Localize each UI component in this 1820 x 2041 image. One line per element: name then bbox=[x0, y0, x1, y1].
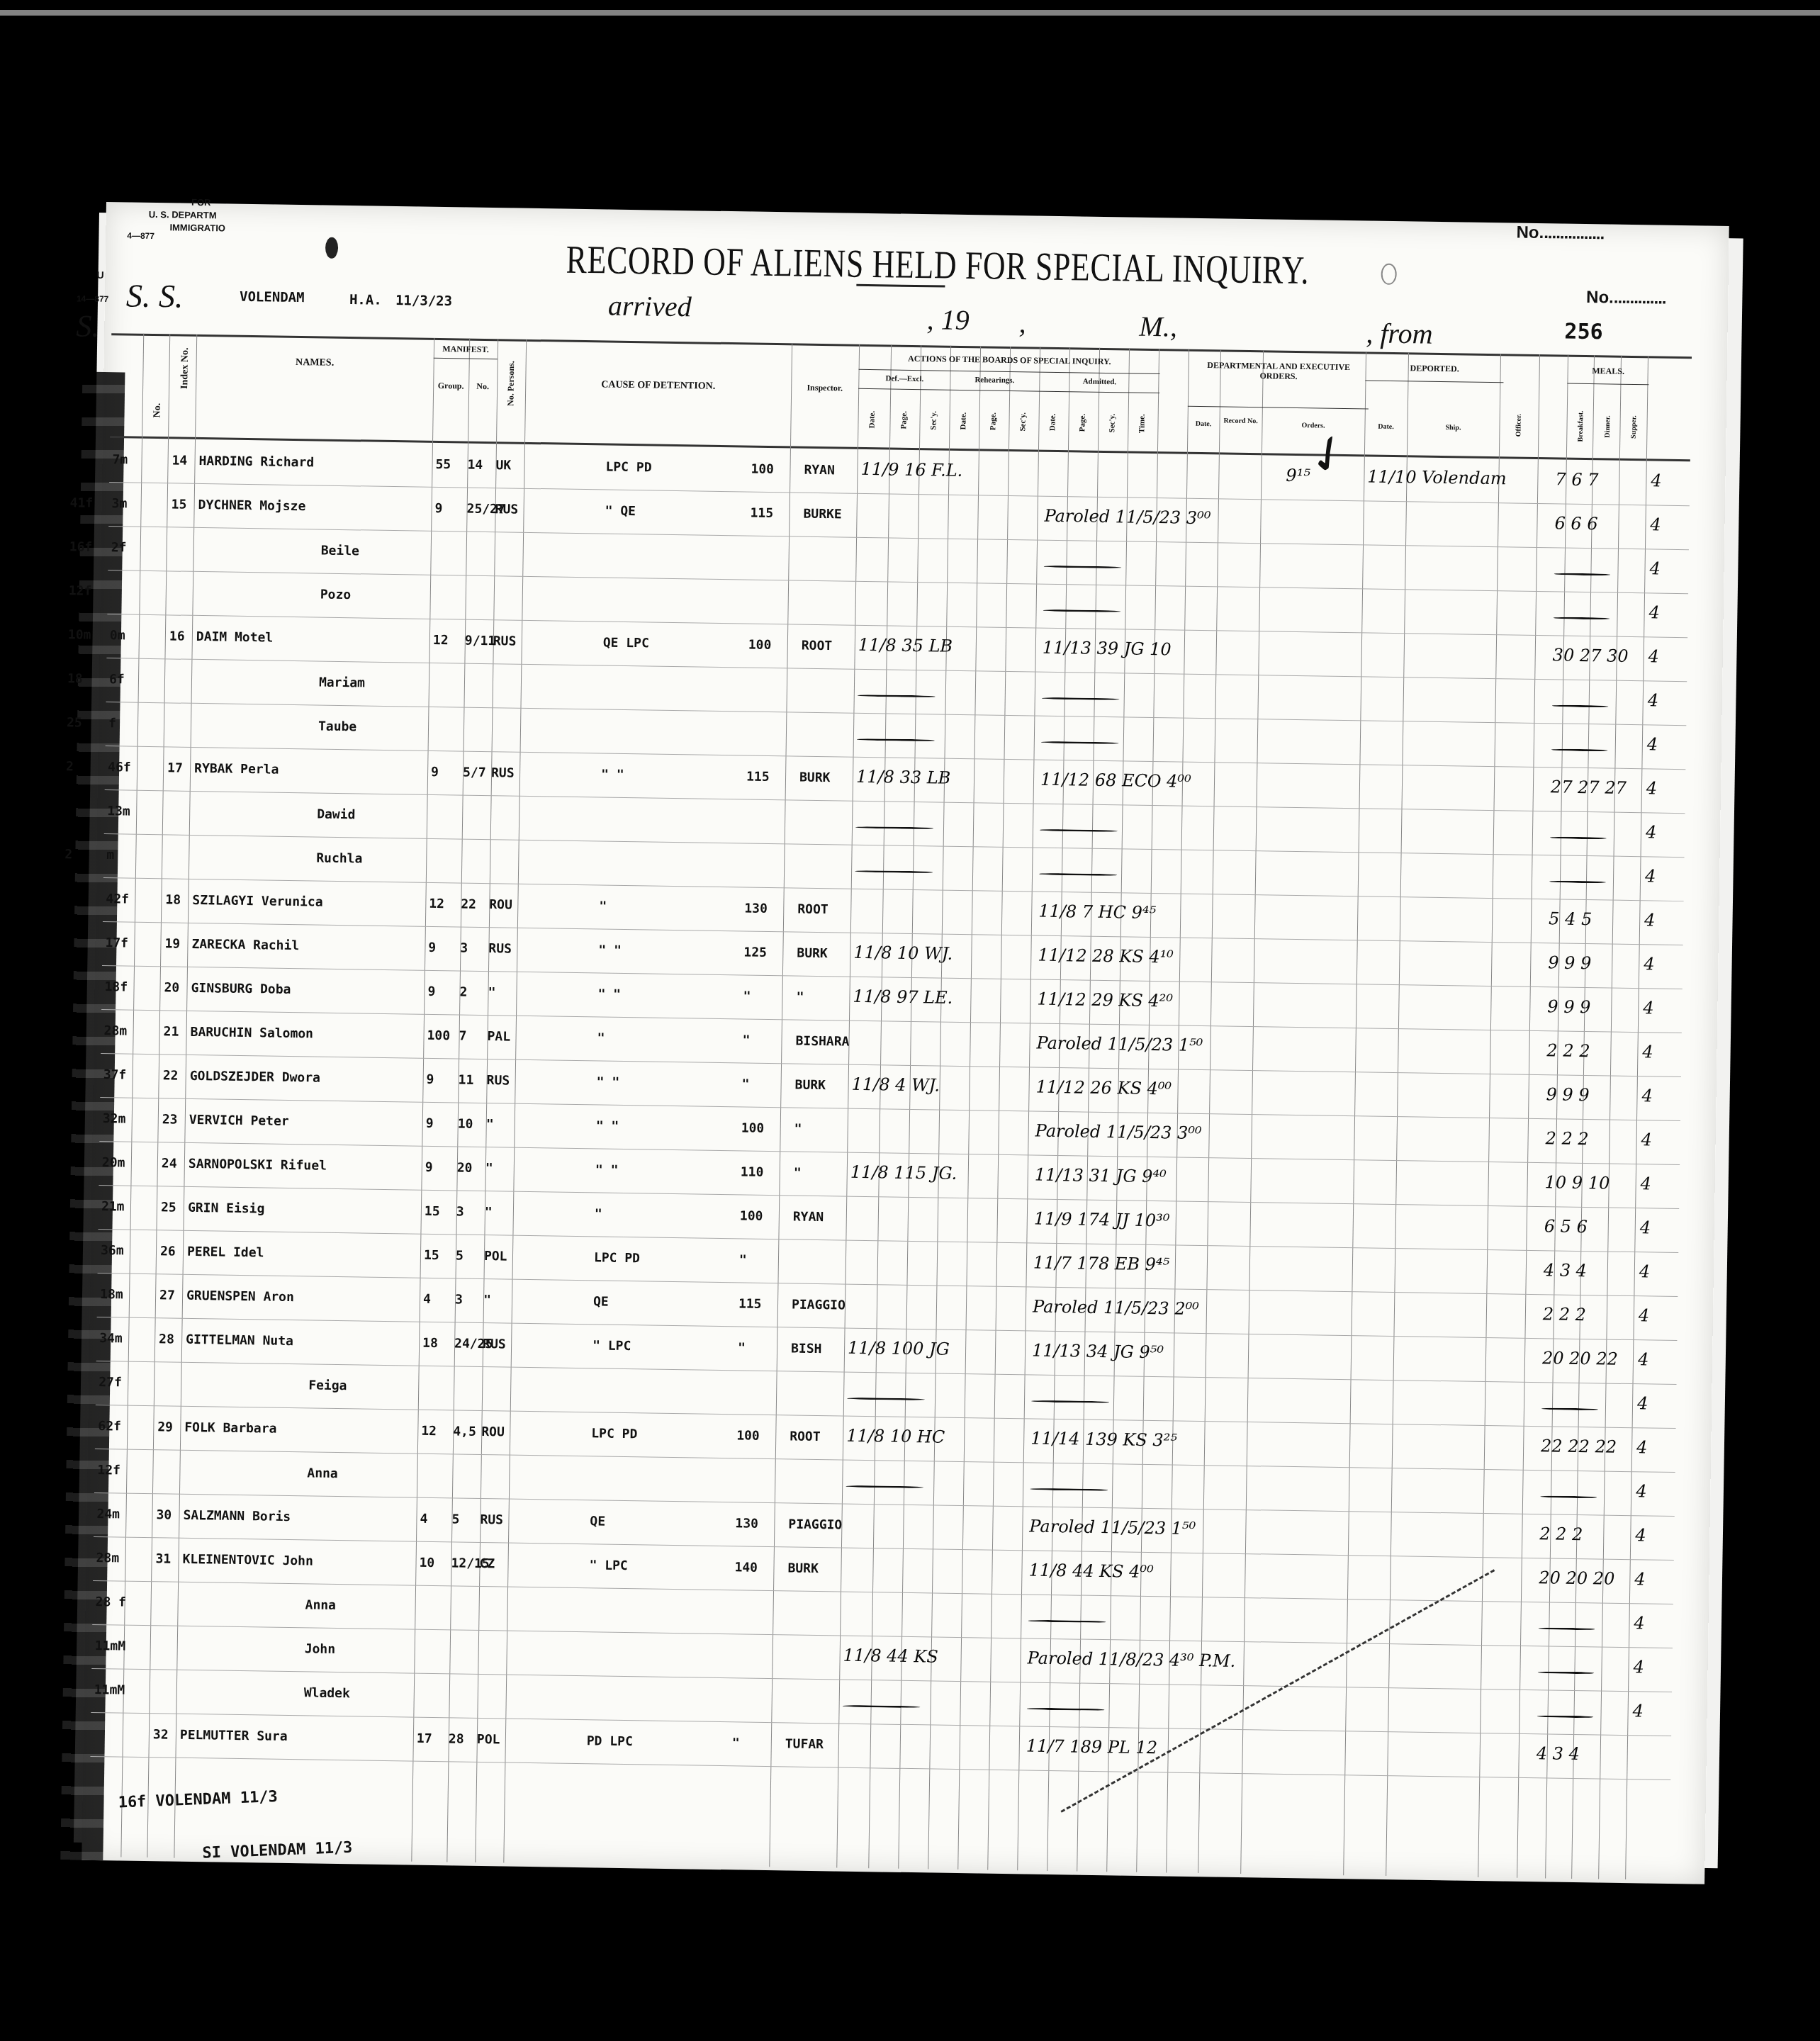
cell-supper: 4 bbox=[1651, 471, 1662, 490]
cell-def-excl: 11/8 100 JG bbox=[848, 1338, 950, 1359]
cell-name: FOLK Barbara bbox=[184, 1420, 276, 1436]
cell-group: 4 bbox=[420, 1512, 427, 1526]
header-page: Page. bbox=[1078, 405, 1087, 440]
header-secy: Sec'y. bbox=[929, 403, 938, 438]
cell-age: 24m bbox=[96, 1507, 120, 1522]
ditto-dash-admitted bbox=[1043, 566, 1121, 569]
cell-index: 17 bbox=[167, 760, 183, 775]
cell-inspector: " bbox=[796, 990, 804, 1005]
cell-group: 18 bbox=[422, 1336, 438, 1351]
cell-name: PELMUTTER Sura bbox=[180, 1728, 288, 1744]
cell-age: 13m bbox=[107, 804, 130, 819]
cell-nat: ROU bbox=[489, 897, 512, 912]
cell-cause: " " bbox=[598, 943, 622, 957]
form-number: 4—877 bbox=[127, 230, 155, 241]
header-page: Page. bbox=[989, 404, 998, 439]
cell-age: 7m bbox=[112, 452, 128, 467]
cell-group: 15 bbox=[425, 1204, 440, 1219]
cell-insp-no: " bbox=[742, 1033, 750, 1047]
cell-name: HARDING Richard bbox=[198, 454, 314, 470]
cell-supper: 4 bbox=[1639, 1261, 1651, 1281]
cell-index: 16 bbox=[169, 629, 185, 643]
cell-index: 24 bbox=[162, 1156, 177, 1171]
cell-supper: 4 bbox=[1648, 646, 1660, 666]
cell-index: 28 bbox=[159, 1332, 174, 1346]
cell-nat: " bbox=[485, 1205, 493, 1220]
cell-age: 20m bbox=[102, 1155, 125, 1170]
header-dinner: Dinner. bbox=[1604, 405, 1612, 448]
cell-admitted: Paroled 11/5/23 2⁰⁰ bbox=[1033, 1297, 1199, 1319]
cell-name: Ruchla bbox=[316, 850, 362, 866]
cell-group: 15 bbox=[424, 1248, 439, 1263]
cell-margin: 2 bbox=[66, 759, 74, 774]
cell-nat: RUS bbox=[487, 1073, 510, 1088]
cell-inspector: PIAGGIO bbox=[788, 1517, 842, 1532]
cell-name: GOLDSZEJDER Dwora bbox=[190, 1069, 321, 1086]
no-label-text: No. bbox=[1516, 223, 1544, 243]
cell-cause: QE bbox=[590, 1514, 605, 1529]
ha-label: H.A. bbox=[349, 292, 382, 308]
header-names: NAMES. bbox=[196, 356, 434, 371]
cell-no: 3 bbox=[456, 1204, 464, 1219]
ditto-dash-admitted bbox=[1028, 1620, 1106, 1624]
margin-letter: U bbox=[96, 269, 103, 281]
cell-name: Pozo bbox=[320, 587, 352, 603]
cell-deported: 11/10 Volendam bbox=[1367, 466, 1507, 488]
header-time: Time. bbox=[1137, 406, 1147, 442]
form-mark-line: IMMIGRATIO bbox=[148, 221, 225, 235]
cell-name: Beile bbox=[321, 544, 359, 559]
cell-nat: " bbox=[485, 1161, 493, 1176]
ditto-dash-meals bbox=[1540, 1495, 1597, 1498]
cell-nat: RUS bbox=[483, 1337, 506, 1351]
ditto-dash-admitted bbox=[1041, 741, 1119, 745]
header-supper: Supper. bbox=[1630, 405, 1639, 448]
cell-supper: 4 bbox=[1646, 778, 1658, 798]
cell-admitted: 11/14 139 KS 3²⁵ bbox=[1030, 1429, 1177, 1451]
cell-inspector: ROOT bbox=[797, 902, 828, 918]
ditto-dash-admitted bbox=[1042, 697, 1120, 701]
cell-age: 0m bbox=[110, 628, 125, 643]
cell-index: 14 bbox=[172, 453, 187, 468]
ditto-dash-admitted bbox=[1030, 1488, 1108, 1492]
cell-inspector: BURK bbox=[794, 1078, 826, 1093]
cell-insp-no: " bbox=[739, 1252, 747, 1267]
cell-name: GITTELMAN Nuta bbox=[186, 1332, 293, 1349]
ditto-dash-admitted bbox=[1027, 1707, 1105, 1711]
cell-age: 37f bbox=[103, 1067, 127, 1082]
cell-group: 10 bbox=[419, 1556, 434, 1570]
ditto-dash-admitted bbox=[1031, 1400, 1109, 1404]
cell-index: 23 bbox=[162, 1112, 178, 1127]
cell-meals: 4 3 4 bbox=[1537, 1743, 1580, 1764]
cell-def-excl: 11/9 16 F.L. bbox=[860, 459, 962, 480]
cell-name: Anna bbox=[305, 1597, 337, 1613]
header-actions: ACTIONS OF THE BOARDS OF SPECIAL INQUIRY… bbox=[859, 353, 1160, 368]
record-sheet: FOR U. S. DEPARTM IMMIGRATIO 4—877 14—87… bbox=[82, 202, 1729, 1884]
cell-index: 20 bbox=[164, 980, 179, 995]
cell-no: 3 bbox=[455, 1292, 463, 1307]
cell-inspector: PIAGGIO bbox=[792, 1298, 846, 1313]
cell-def-excl: 11/8 4 WJ. bbox=[851, 1074, 940, 1096]
cell-supper: 4 bbox=[1632, 1701, 1644, 1721]
cell-cause: " LPC bbox=[592, 1338, 631, 1354]
ditto-dash-def_excl bbox=[858, 695, 936, 698]
ditto-dash-admitted bbox=[1040, 829, 1118, 833]
cell-supper: 4 bbox=[1645, 866, 1656, 886]
cell-insp-no: 100 bbox=[740, 1208, 763, 1223]
cell-age: m bbox=[106, 848, 114, 862]
cell-insp-no: " bbox=[732, 1736, 740, 1750]
cell-meals: 4 3 4 bbox=[1544, 1260, 1587, 1281]
cell-supper: 4 bbox=[1634, 1613, 1645, 1633]
cell-nat: RUS bbox=[493, 634, 517, 648]
cell-group: 9 bbox=[431, 765, 439, 780]
header-dep-date: Date. bbox=[1364, 422, 1407, 431]
ditto-dash-def_excl bbox=[847, 1398, 925, 1401]
header-admitted: Admitted. bbox=[1039, 377, 1159, 388]
cell-age: 21m bbox=[101, 1199, 125, 1214]
cell-index: 21 bbox=[163, 1024, 179, 1039]
cell-group: 12 bbox=[421, 1424, 437, 1439]
comma: , bbox=[1018, 306, 1026, 339]
cell-no: 5 bbox=[451, 1512, 459, 1526]
cell-nat: UK bbox=[495, 458, 511, 473]
cell-cause: " " bbox=[596, 1118, 619, 1133]
cell-name: PEREL Idel bbox=[187, 1244, 264, 1261]
cell-name: DYCHNER Mojsze bbox=[198, 497, 306, 514]
header-inspector: Inspector. bbox=[791, 382, 858, 393]
cell-index: 25 bbox=[161, 1200, 176, 1215]
dept-rule bbox=[1188, 406, 1369, 410]
cell-cause: " LPC bbox=[589, 1558, 627, 1573]
cell-name: Anna bbox=[307, 1466, 338, 1481]
cell-supper: 4 bbox=[1643, 998, 1654, 1018]
cell-insp-no: " bbox=[743, 989, 751, 1003]
inquiry-table: No. Index No. NAMES. MANIFEST. Group. No… bbox=[89, 333, 1692, 1880]
cell-supper: 4 bbox=[1641, 1130, 1652, 1149]
cell-cause: LPC PD bbox=[594, 1250, 640, 1266]
cell-no: 7 bbox=[459, 1029, 466, 1044]
cell-meals: 9 9 9 bbox=[1548, 952, 1591, 973]
cell-no: 3 bbox=[460, 941, 468, 956]
header-index-no: Index No. bbox=[179, 344, 191, 393]
cell-meals: 6 5 6 bbox=[1544, 1216, 1588, 1237]
cell-age: 62f bbox=[98, 1419, 121, 1434]
cell-index: 29 bbox=[157, 1419, 173, 1434]
header-date: Date. bbox=[1048, 405, 1057, 440]
cell-name: RYBAK Perla bbox=[194, 761, 279, 777]
cell-group: 17 bbox=[417, 1731, 432, 1746]
cell-margin: 41f bbox=[70, 495, 94, 510]
cell-inspector: ROOT bbox=[790, 1429, 821, 1444]
cell-meals: 6 6 6 bbox=[1554, 513, 1597, 534]
cell-cause: " " bbox=[595, 1162, 619, 1177]
cell-supper: 4 bbox=[1636, 1437, 1648, 1457]
cell-insp-no: 110 bbox=[741, 1164, 764, 1179]
cell-index: 31 bbox=[155, 1551, 171, 1566]
cell-def-excl: 11/8 35 LB bbox=[858, 635, 953, 656]
cell-index: 18 bbox=[165, 892, 181, 907]
cell-name: BARUCHIN Salomon bbox=[190, 1025, 313, 1042]
cell-inspector: " bbox=[794, 1122, 802, 1137]
year-label: , 19 bbox=[926, 303, 970, 337]
cell-index: 30 bbox=[156, 1507, 172, 1522]
cell-supper: 4 bbox=[1637, 1393, 1648, 1413]
cell-insp-no: " bbox=[738, 1340, 746, 1355]
cell-meals: 9 9 9 bbox=[1546, 1084, 1589, 1105]
header-ship: Ship. bbox=[1407, 423, 1499, 432]
cell-name: VERVICH Peter bbox=[189, 1113, 289, 1129]
cell-name: DAIM Motel bbox=[196, 629, 274, 646]
cell-name: GRUENSPEN Aron bbox=[186, 1288, 294, 1305]
cell-meals: 30 27 30 bbox=[1553, 645, 1629, 666]
cell-insp-no: 115 bbox=[738, 1296, 762, 1311]
cell-no: 14 bbox=[467, 458, 483, 473]
cell-supper: 4 bbox=[1644, 910, 1656, 930]
back-sheet-ss-label: S. bbox=[76, 308, 100, 344]
cell-no: 2 bbox=[459, 985, 467, 1000]
cell-group: 9 bbox=[428, 940, 436, 955]
cell-supper: 4 bbox=[1641, 1086, 1653, 1106]
cell-cause: QE LPC bbox=[603, 635, 649, 651]
cell-meals: 2 2 2 bbox=[1539, 1524, 1583, 1544]
cell-no: 4,5 bbox=[453, 1424, 476, 1439]
cell-admitted: Paroled 11/8/23 4³⁰ P.M. bbox=[1027, 1648, 1235, 1671]
cell-admitted: 11/8 44 KS 4⁰⁰ bbox=[1028, 1561, 1154, 1582]
cell-cause: LPC PD bbox=[605, 459, 651, 475]
cell-age: 32m bbox=[103, 1111, 126, 1126]
cell-supper: 4 bbox=[1650, 515, 1661, 534]
form-number-back: 14—877 bbox=[77, 293, 109, 304]
cell-age: f bbox=[108, 716, 116, 731]
ditto-dash-def_excl bbox=[843, 1705, 921, 1709]
cell-group: 9 bbox=[426, 1116, 434, 1131]
cell-name: SARNOPOLSKI Rifuel bbox=[189, 1157, 327, 1174]
cell-nat: " bbox=[488, 985, 495, 1000]
cell-nat: POL bbox=[484, 1249, 507, 1264]
cell-insp-no: 115 bbox=[750, 506, 773, 521]
cell-cause: " bbox=[599, 899, 607, 913]
ss-prefix: S. S. bbox=[126, 276, 184, 315]
cell-margin: 16f bbox=[69, 539, 93, 554]
cell-admitted: Paroled 11/5/23 1⁵⁰ bbox=[1036, 1033, 1203, 1055]
ditto-dash-meals bbox=[1538, 1627, 1595, 1630]
ditto-dash-meals bbox=[1554, 573, 1610, 575]
cell-admitted: 11/13 31 JG 9⁴⁰ bbox=[1035, 1165, 1167, 1187]
cell-supper: 4 bbox=[1635, 1525, 1646, 1545]
cell-age: 11mM bbox=[95, 1638, 126, 1654]
cell-inspector: BISH bbox=[791, 1342, 822, 1357]
cell-insp-no: 115 bbox=[746, 769, 770, 784]
cell-margin: 2 bbox=[64, 847, 72, 862]
cell-cause: PD LPC bbox=[587, 1733, 633, 1749]
cell-no: 5/7 bbox=[463, 765, 486, 780]
meals-rule bbox=[1567, 383, 1648, 386]
header-cause: CAUSE OF DETENTION. bbox=[525, 378, 791, 394]
cell-age: 3m bbox=[112, 496, 128, 511]
cell-name: KLEINENTOVIC John bbox=[182, 1552, 313, 1569]
cell-insp-no: 140 bbox=[734, 1560, 758, 1575]
cell-admitted: 11/12 68 ECO 4⁰⁰ bbox=[1040, 770, 1191, 792]
ditto-dash-meals bbox=[1537, 1715, 1594, 1718]
header-page: Page. bbox=[899, 403, 909, 438]
cell-def-excl: 11/8 33 LB bbox=[856, 767, 951, 788]
cell-name: Wladek bbox=[304, 1685, 350, 1701]
cell-meals: 27 27 27 bbox=[1551, 777, 1627, 798]
header-officer: Officer. bbox=[1515, 406, 1523, 445]
cell-insp-no: 100 bbox=[751, 462, 774, 477]
cell-group: 4 bbox=[423, 1292, 431, 1307]
cell-cause: " bbox=[595, 1206, 602, 1221]
cell-no: 28 bbox=[449, 1731, 464, 1746]
cell-nat: POL bbox=[477, 1732, 500, 1747]
cell-supper: 4 bbox=[1633, 1657, 1644, 1677]
cell-margin: 12f bbox=[69, 583, 92, 598]
cell-meals: 9 9 9 bbox=[1547, 996, 1590, 1017]
header-secy: Sec'y. bbox=[1018, 404, 1028, 439]
cell-supper: 4 bbox=[1636, 1481, 1647, 1501]
cell-name: SZILAGYI Verunica bbox=[192, 893, 323, 910]
form-dept-mark: FOR U. S. DEPARTM IMMIGRATIO bbox=[148, 196, 225, 235]
m-label: M., bbox=[1139, 310, 1177, 344]
cell-name: Dawid bbox=[317, 807, 355, 823]
cell-meals: 2 2 2 bbox=[1545, 1128, 1588, 1149]
cell-nat: " bbox=[483, 1293, 491, 1308]
cell-admitted: 11/7 178 EB 9⁴⁵ bbox=[1033, 1253, 1170, 1275]
ship-name: VOLENDAM bbox=[240, 289, 305, 305]
cell-supper: 4 bbox=[1638, 1349, 1649, 1369]
cell-nat: PAL bbox=[487, 1029, 510, 1044]
cell-age: 36m bbox=[101, 1243, 124, 1258]
cell-admitted: 11/9 174 JJ 10³⁰ bbox=[1034, 1209, 1170, 1231]
cell-name: Mariam bbox=[319, 675, 365, 691]
ditto-dash-admitted bbox=[1039, 873, 1117, 877]
cell-supper: 4 bbox=[1634, 1569, 1646, 1589]
cell-age: 18f bbox=[104, 979, 128, 994]
header-deported: DEPORTED. bbox=[1366, 362, 1504, 375]
cell-insp-no: 100 bbox=[741, 1120, 765, 1135]
header-no-persons: No. Persons. bbox=[505, 359, 517, 408]
cell-inspector: TUFAR bbox=[785, 1736, 824, 1752]
cell-group: 9 bbox=[434, 501, 442, 516]
cell-cause: " " bbox=[596, 1074, 619, 1089]
cell-index: 22 bbox=[163, 1068, 179, 1083]
cell-name: John bbox=[305, 1641, 336, 1657]
cell-no: 20 bbox=[457, 1160, 473, 1175]
ditto-dash-meals bbox=[1541, 1407, 1598, 1410]
cell-inspector: BURK bbox=[797, 946, 828, 962]
cell-index: 26 bbox=[160, 1244, 176, 1259]
cell-orders: 9¹⁵ bbox=[1286, 466, 1310, 486]
row-rule bbox=[90, 1756, 1670, 1780]
cell-nat: RUS bbox=[491, 765, 515, 780]
arrival-date: 11/3/23 bbox=[395, 293, 452, 309]
cell-age: 11mM bbox=[94, 1682, 125, 1698]
manifest-rule bbox=[434, 358, 498, 359]
cell-name: ZARECKA Rachil bbox=[191, 937, 299, 953]
cell-margin: 10m bbox=[68, 627, 91, 642]
cell-index: 32 bbox=[153, 1727, 169, 1742]
cell-admitted: 11/13 34 JG 9⁵⁰ bbox=[1032, 1341, 1164, 1363]
ditto-dash-def_excl bbox=[855, 870, 933, 874]
cell-inspector: BURK bbox=[787, 1561, 819, 1576]
form-mark-line: U. S. DEPARTM bbox=[149, 208, 226, 223]
cell-age: 28m bbox=[96, 1551, 119, 1565]
ditto-dash-def_excl bbox=[857, 738, 935, 742]
cell-age: 46f bbox=[108, 760, 131, 775]
cell-admitted: 11/13 39 JG 10 bbox=[1043, 638, 1172, 660]
cell-meals: 20 20 22 bbox=[1542, 1348, 1618, 1369]
header-dept-orders: DEPARTMENTAL AND EXECUTIVE ORDERS. bbox=[1188, 360, 1369, 383]
cell-inspector: RYAN bbox=[804, 463, 835, 478]
cell-admitted: Paroled 11/5/23 3⁰⁰ bbox=[1035, 1121, 1201, 1143]
header-date: Date. bbox=[867, 402, 877, 437]
cell-cause: " bbox=[597, 1030, 605, 1045]
page-number: 256 bbox=[1564, 320, 1603, 345]
cell-nat: RUS bbox=[480, 1512, 503, 1527]
ditto-dash-meals bbox=[1549, 880, 1606, 883]
cell-meals: 10 9 10 bbox=[1544, 1172, 1610, 1193]
cell-name: GRIN Eisig bbox=[188, 1201, 265, 1217]
cell-nat: RUS bbox=[488, 941, 512, 956]
cell-no: 22 bbox=[461, 897, 476, 912]
cell-cause: " " bbox=[601, 767, 624, 782]
cell-admitted: Paroled 11/5/23 3⁰⁰ bbox=[1044, 506, 1210, 528]
header-no: No. bbox=[152, 393, 164, 428]
cell-no: 9/11 bbox=[465, 634, 496, 649]
cell-name: SALZMANN Boris bbox=[183, 1508, 291, 1524]
cell-name: Taube bbox=[318, 719, 356, 735]
cell-meals: 7 6 7 bbox=[1555, 469, 1598, 490]
cell-inspector: BISHARA bbox=[795, 1034, 849, 1050]
cell-supper: 4 bbox=[1640, 1174, 1651, 1193]
cell-index: 19 bbox=[164, 936, 180, 951]
cell-margin: 18 bbox=[67, 671, 83, 686]
punch-hole-icon bbox=[1381, 264, 1396, 285]
cell-supper: 4 bbox=[1644, 954, 1655, 974]
cell-meals: 20 20 20 bbox=[1539, 1568, 1614, 1589]
ditto-dash-admitted bbox=[1043, 609, 1121, 613]
cell-cause: QE bbox=[593, 1294, 609, 1309]
cell-inspector: ROOT bbox=[802, 639, 833, 654]
cell-index: 27 bbox=[159, 1288, 175, 1303]
header-record-no: Record No. bbox=[1219, 417, 1262, 426]
cell-admitted: 11/7 189 PL 12 bbox=[1026, 1736, 1158, 1758]
cell-insp-no: 100 bbox=[736, 1428, 760, 1443]
cell-def-excl: 11/8 10 HC bbox=[846, 1426, 945, 1447]
cell-group: 55 bbox=[435, 457, 451, 472]
cell-def-excl: 11/8 44 KS bbox=[843, 1646, 938, 1667]
cell-margin: 25 bbox=[67, 715, 82, 730]
header-secy: Sec'y. bbox=[1108, 405, 1117, 441]
ditto-dash-meals bbox=[1553, 617, 1610, 619]
cell-meals: 5 4 5 bbox=[1549, 909, 1592, 929]
cell-inspector: " bbox=[794, 1166, 802, 1181]
cell-admitted: 11/12 26 KS 4⁰⁰ bbox=[1035, 1077, 1172, 1099]
cell-group: 12 bbox=[429, 896, 444, 911]
header-dept-date: Date. bbox=[1187, 420, 1219, 429]
deported-rule bbox=[1365, 380, 1503, 383]
cell-inspector: BURKE bbox=[803, 507, 841, 522]
cell-meals: 2 2 2 bbox=[1543, 1304, 1586, 1325]
cell-supper: 4 bbox=[1639, 1305, 1650, 1325]
cell-admitted: 11/8 7 HC 9⁴⁵ bbox=[1038, 901, 1156, 923]
cell-age: 42f bbox=[106, 892, 129, 906]
from-label: , from bbox=[1366, 316, 1433, 350]
cell-age: 18m bbox=[100, 1287, 123, 1302]
cell-meals: 2 2 2 bbox=[1546, 1040, 1590, 1061]
